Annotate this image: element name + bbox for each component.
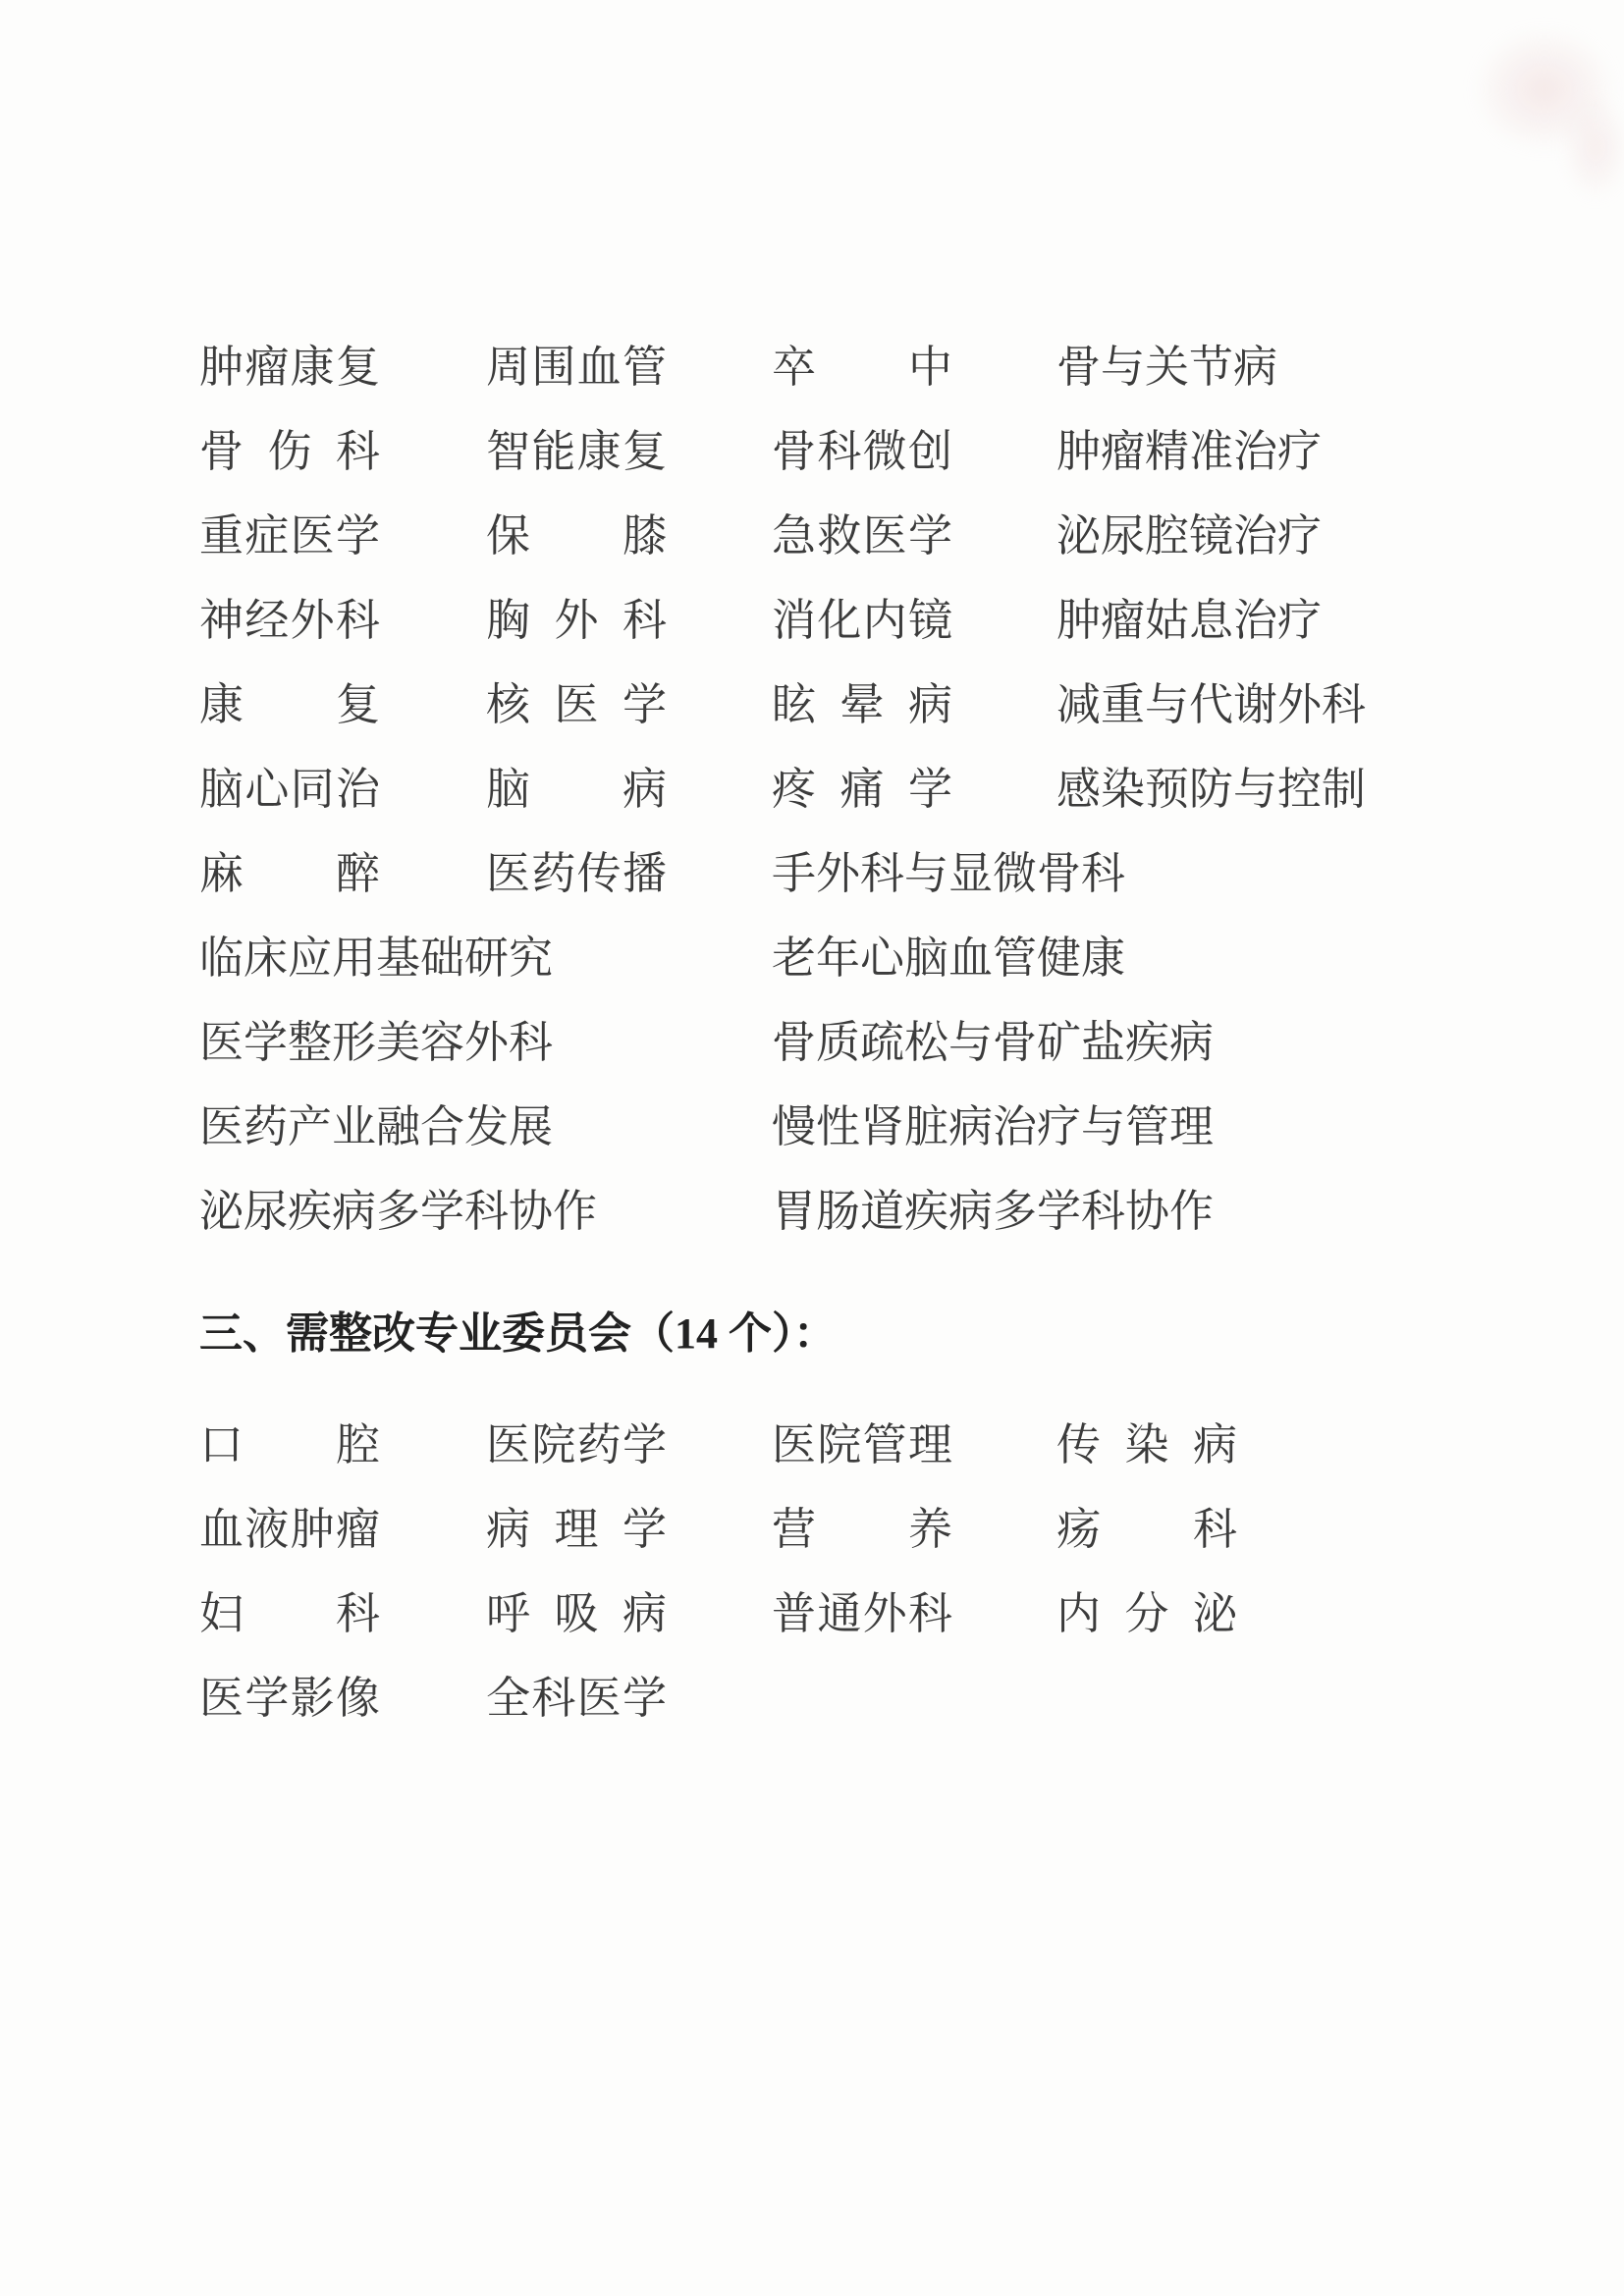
committee-item: 疡 科 (1056, 1508, 1237, 1552)
committee-item: 泌尿疾病多学科协作 (199, 1190, 597, 1234)
committee-item: 重症医学 (199, 514, 380, 559)
committee-item: 肿瘤姑息治疗 (1056, 599, 1322, 643)
committee-item: 肿瘤康复 (199, 346, 380, 390)
committee-item: 脑 病 (486, 768, 667, 812)
committee-item: 慢性肾脏病治疗与管理 (772, 1105, 1214, 1149)
committee-item: 疼 痛 学 (772, 768, 952, 812)
scan-smudge-artifact (1561, 93, 1624, 201)
committee-item: 核 医 学 (486, 683, 667, 727)
committee-row: 脑心同治 脑 病 疼 痛 学 感染预防与控制 (0, 768, 1624, 815)
committee-item: 脑心同治 (199, 768, 380, 812)
committee-row: 临床应用基础研究 老年心脑血管健康 (0, 936, 1624, 984)
committee-item: 全科医学 (486, 1677, 667, 1721)
committee-item: 医院管理 (772, 1423, 952, 1468)
committee-item: 感染预防与控制 (1056, 768, 1366, 812)
committee-row: 康 复 核 医 学 眩 晕 病 减重与代谢外科 (0, 683, 1624, 730)
committee-row: 医学影像 全科医学 (0, 1677, 1624, 1724)
committee-row: 麻 醉 医药传播 手外科与显微骨科 (0, 852, 1624, 899)
committee-item: 口 腔 (199, 1423, 380, 1468)
committee-item: 泌尿腔镜治疗 (1056, 514, 1322, 559)
committee-row: 骨 伤 科 智能康复 骨科微创 肿瘤精准治疗 (0, 430, 1624, 477)
committee-row: 神经外科 胸 外 科 消化内镜 肿瘤姑息治疗 (0, 599, 1624, 646)
committee-item: 骨质疏松与骨矿盐疾病 (772, 1021, 1214, 1065)
committee-item: 智能康复 (486, 430, 667, 474)
committee-item: 肿瘤精准治疗 (1056, 430, 1322, 474)
committee-row: 妇 科 呼 吸 病 普通外科 内 分 泌 (0, 1592, 1624, 1639)
committee-item: 医药传播 (486, 852, 667, 896)
committee-item: 减重与代谢外科 (1056, 683, 1366, 727)
committee-row: 重症医学 保 膝 急救医学 泌尿腔镜治疗 (0, 514, 1624, 561)
committee-item: 营 养 (772, 1508, 952, 1552)
committee-item: 医学影像 (199, 1677, 380, 1721)
committee-row: 医学整形美容外科 骨质疏松与骨矿盐疾病 (0, 1021, 1624, 1068)
committee-item: 麻 醉 (199, 852, 380, 896)
committee-row: 口 腔 医院药学 医院管理 传 染 病 (0, 1423, 1624, 1470)
committee-item: 眩 晕 病 (772, 683, 952, 727)
committee-item: 妇 科 (199, 1592, 380, 1636)
committee-item: 康 复 (199, 683, 380, 727)
committee-item: 骨与关节病 (1056, 346, 1277, 390)
committee-row: 泌尿疾病多学科协作 胃肠道疾病多学科协作 (0, 1190, 1624, 1237)
committee-row: 医药产业融合发展 慢性肾脏病治疗与管理 (0, 1105, 1624, 1152)
document-page: 肿瘤康复 周围血管 卒 中 骨与关节病 骨 伤 科 智能康复 骨科微创 肿瘤精准… (0, 0, 1624, 2296)
committee-item: 老年心脑血管健康 (772, 936, 1125, 981)
committee-item: 胃肠道疾病多学科协作 (772, 1190, 1214, 1234)
committee-item: 普通外科 (772, 1592, 952, 1636)
committee-item: 手外科与显微骨科 (772, 852, 1125, 896)
committee-item: 周围血管 (486, 346, 667, 390)
section-heading: 三、需整改专业委员会（14 个）： (199, 1310, 837, 1358)
committee-item: 医院药学 (486, 1423, 667, 1468)
committee-item: 呼 吸 病 (486, 1592, 667, 1636)
committee-item: 内 分 泌 (1056, 1592, 1237, 1636)
committee-item: 血液肿瘤 (199, 1508, 380, 1552)
committee-item: 神经外科 (199, 599, 380, 643)
committee-item: 医药产业融合发展 (199, 1105, 553, 1149)
committee-item: 临床应用基础研究 (199, 936, 553, 981)
committee-item: 医学整形美容外科 (199, 1021, 553, 1065)
committee-item: 病 理 学 (486, 1508, 667, 1552)
committee-item: 骨科微创 (772, 430, 952, 474)
committee-row: 肿瘤康复 周围血管 卒 中 骨与关节病 (0, 346, 1624, 393)
committee-item: 骨 伤 科 (199, 430, 380, 474)
committee-item: 卒 中 (772, 346, 952, 390)
committee-item: 保 膝 (486, 514, 667, 559)
committee-item: 传 染 病 (1056, 1423, 1237, 1468)
committee-item: 消化内镜 (772, 599, 952, 643)
committee-row: 血液肿瘤 病 理 学 营 养 疡 科 (0, 1508, 1624, 1555)
committee-item: 急救医学 (772, 514, 952, 559)
scan-smudge-artifact (1471, 26, 1618, 153)
committee-item: 胸 外 科 (486, 599, 667, 643)
